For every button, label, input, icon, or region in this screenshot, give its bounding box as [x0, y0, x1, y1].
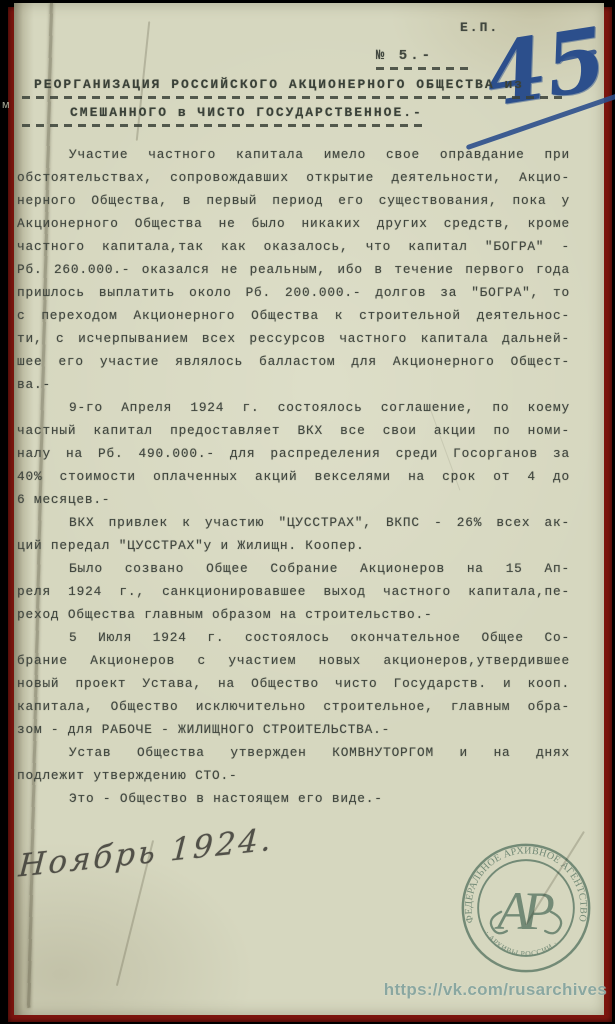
- document-title: РЕОРГАНИЗАЦИЯ РОССИЙСКОГО АКЦИОНЕРНОГО О…: [22, 77, 564, 127]
- typed-line: брание Акционеров с участием новых акцио…: [17, 649, 570, 672]
- typed-line: 5 Июля 1924 г. состоялось окончательное …: [17, 626, 570, 649]
- monogram-letter-r: Р: [521, 881, 555, 941]
- title-underline-1: [22, 96, 564, 99]
- typed-line: реход Общества главным образом на строит…: [17, 603, 570, 626]
- typed-line: Это - Общество в настоящем его виде.-: [17, 787, 570, 810]
- typed-line: подлежит утверждению СТО.-: [17, 764, 570, 787]
- typed-line: шее его участие являлось балластом для А…: [17, 350, 570, 373]
- typed-line: Акционерного Общества не было никаких др…: [17, 212, 570, 235]
- scanned-page: м Е.П. № 5.- 45 РЕОРГАНИЗАЦИЯ РОССИЙСКОГ…: [0, 0, 615, 1024]
- typed-line: реля 1924 г., санкционировавшее выход ча…: [17, 580, 570, 603]
- typed-line: частный капитал предоставляет ВКХ все св…: [17, 419, 570, 442]
- typed-line: новый проект Устава, на Общество чисто Г…: [17, 672, 570, 695]
- typed-line: Рб. 260.000.- оказался не реальным, ибо …: [17, 258, 570, 281]
- typed-line: Устав Общества утвержден КОМВНУТОРГОМ и …: [17, 741, 570, 764]
- document-body: Участие частного капитала имело свое опр…: [17, 143, 570, 810]
- typed-line: ти, с исчерпыванием всех рессурсов частн…: [17, 327, 570, 350]
- typed-line: Было созвано Общее Собрание Акционеров н…: [17, 557, 570, 580]
- title-line-2: СМЕШАННОГО в ЧИСТО ГОСУДАРСТВЕННОЕ.-: [22, 105, 564, 120]
- typed-line: ций передал "ЦУССТРАХ"у и Жилищн. Коопер…: [17, 534, 570, 557]
- document-number-text: № 5.-: [376, 48, 433, 64]
- typed-line: пришлось выплатить около Рб. 200.000.- д…: [17, 281, 570, 304]
- typed-line: 9-го Апреля 1924 г. состоялось соглашени…: [17, 396, 570, 419]
- archive-stamp: ФЕДЕРАЛЬНОЕ АРХИВНОЕ АГЕНТСТВО · АРХИВЫ …: [459, 841, 593, 975]
- margin-artifact: м: [2, 99, 10, 111]
- watermark-url: https://vk.com/rusarchives: [384, 980, 607, 1000]
- title-line-1: РЕОРГАНИЗАЦИЯ РОССИЙСКОГО АКЦИОНЕРНОГО О…: [22, 77, 564, 92]
- document-number: № 5.-: [376, 48, 468, 70]
- typed-line: зом - для РАБОЧЕ - ЖИЛИЩНОГО СТРОИТЕЛЬСТ…: [17, 718, 570, 741]
- typed-line: налу на Рб. 490.000.- для распределения …: [17, 442, 570, 465]
- typed-line: ВКХ привлек к участию "ЦУССТРАХ", ВКПС -…: [17, 511, 570, 534]
- typed-line: с переходом Акционерного Общества к стро…: [17, 304, 570, 327]
- typed-line: капитала, Общество исключительно строите…: [17, 695, 570, 718]
- title-underline-2: [22, 124, 423, 127]
- typed-line: ва.-: [17, 373, 570, 396]
- handwritten-date: Ноябрь 1924.: [17, 821, 275, 884]
- paper: м Е.П. № 5.- 45 РЕОРГАНИЗАЦИЯ РОССИЙСКОГ…: [14, 3, 604, 1015]
- typed-line: обстоятельствах, сопровождавших открытие…: [17, 166, 570, 189]
- document-number-underline: [376, 67, 468, 70]
- typed-line: 6 месяцев.-: [17, 488, 570, 511]
- typed-line: Участие частного капитала имело свое опр…: [17, 143, 570, 166]
- typed-line: нерного Общества, в первый период его су…: [17, 189, 570, 212]
- stamp-monogram: А Р: [491, 881, 561, 941]
- typed-line: частного капитала,так как оказалось, что…: [17, 235, 570, 258]
- typed-line: 40% стоимости оплаченных акций векселями…: [17, 465, 570, 488]
